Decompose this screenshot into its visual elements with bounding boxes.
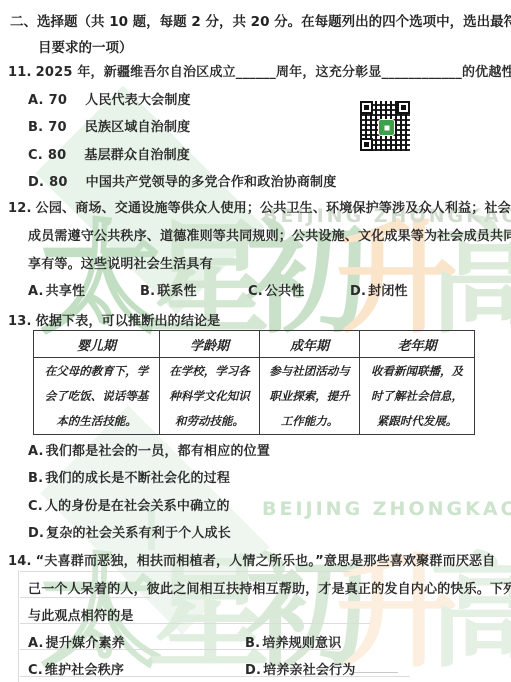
watermark-brand-char: 升 <box>336 552 458 674</box>
q11-option-c: C.80基层群众自治制度 <box>28 144 190 163</box>
table-body-cell: 在学校，学习各种科学文化知识和劳动技能。 <box>160 358 260 435</box>
watermark-beijing-zhongkao: BEIJING ZHONGKAO <box>262 498 511 520</box>
option-text: 维护社会秩序 <box>45 663 124 678</box>
option-text: 联系性 <box>157 284 197 299</box>
option-value: 80 <box>48 148 67 163</box>
question-number: 14. <box>8 554 32 569</box>
qr-finder-icon <box>360 101 373 114</box>
option-label: B. <box>245 636 260 651</box>
option-label: B. <box>140 284 155 299</box>
option-text: 我们都是社会的一员，都有相应的位置 <box>46 444 270 459</box>
option-label: D. <box>28 175 44 190</box>
table-body-row: 在父母的教育下，学会了吃饭、说话等基本的生活技能。 在学校，学习各种科学文化知识… <box>34 358 475 435</box>
watermark-brand-char: 星 <box>148 552 270 674</box>
option-text: 共享性 <box>46 284 86 299</box>
option-text: 培养亲社会行为 <box>263 663 355 678</box>
option-value: 70 <box>48 120 67 135</box>
q12-option-a: A.共享性 <box>28 280 85 299</box>
question-13-text: 13.依据下表，可以推断出的结论是 <box>8 310 220 329</box>
option-label: C. <box>28 663 43 678</box>
question-11-text: 11.2025 年，新疆维吾尔自治区成立______周年，这充分彰显______… <box>8 61 511 80</box>
table-body-cell: 在父母的教育下，学会了吃饭、说话等基本的生活技能。 <box>34 358 160 435</box>
option-value: 70 <box>49 93 68 108</box>
option-label: D. <box>245 663 261 678</box>
option-value: 80 <box>49 175 68 190</box>
option-text: 人的身份是在社会关系中确立的 <box>45 499 230 514</box>
q14-option-b: B.培养规则意识 <box>245 632 341 651</box>
question-number: 11. <box>8 65 32 80</box>
option-text: 中国共产党领导的多党合作和政治协商制度 <box>86 175 337 190</box>
option-text: 人民代表大会制度 <box>85 93 191 108</box>
option-text: 公共性 <box>265 284 305 299</box>
question-line: “夫喜群而恶独，相扶而相植者，人情之所乐也。”意思是那些喜欢聚群而厌恶自 <box>36 554 496 569</box>
option-text: 培养规则意识 <box>262 636 341 651</box>
question-number: 13. <box>8 314 32 329</box>
q11-option-a: A.70人民代表大会制度 <box>28 89 191 108</box>
option-label: C. <box>28 148 43 163</box>
option-label: A. <box>28 636 44 651</box>
table-header-cell: 婴儿期 <box>34 331 160 358</box>
option-label: D. <box>28 526 44 541</box>
option-label: B. <box>28 471 43 486</box>
question-12-line-3: 享有等。这些说明社会生活具有 <box>28 253 213 272</box>
q13-option-a: A.我们都是社会的一员，都有相应的位置 <box>28 440 270 459</box>
question-14-line-1: 14.“夫喜群而恶独，相扶而相植者，人情之所乐也。”意思是那些喜欢聚群而厌恶自 <box>8 550 495 569</box>
q12-option-b: B.联系性 <box>140 280 197 299</box>
qr-finder-icon <box>397 101 410 114</box>
option-label: C. <box>28 499 43 514</box>
option-label: B. <box>28 120 43 135</box>
q14-option-d: D.培养亲社会行为 <box>245 659 356 678</box>
question-line: 2025 年，新疆维吾尔自治区成立______周年，这充分彰显_________… <box>36 65 511 80</box>
option-label: C. <box>248 284 263 299</box>
option-label: A. <box>28 444 44 459</box>
option-label: A. <box>28 284 44 299</box>
question-14-line-2: 己一个人呆着的人，彼此之间相互扶持相互帮助，才是真正的发自内心的快乐。下列 <box>28 578 511 597</box>
option-text: 提升媒介素养 <box>46 636 125 651</box>
answer-blank-line <box>352 672 398 673</box>
exam-paper-page: 太 星 初 升 高 BEIJING ZHONGKAO BEIJING ZHONG… <box>0 0 511 682</box>
watermark-brand-char: 初 <box>246 552 368 674</box>
section-header-line2: 目要求的一项） <box>38 36 133 56</box>
option-text: 复杂的社会关系有利于个人成长 <box>46 526 231 541</box>
question-number: 12. <box>8 201 32 216</box>
section-header-line1: 二、选择题（共 10 题，每题 2 分，共 20 分。在每题列出的四个选项中，选… <box>10 10 511 30</box>
question-14-line-3: 与此观点相符的是 <box>28 605 134 624</box>
option-text: 基层群众自治制度 <box>84 148 190 163</box>
option-text: 民族区域自治制度 <box>85 120 191 135</box>
socialization-stages-table: 婴儿期 学龄期 成年期 老年期 在父母的教育下，学会了吃饭、说话等基本的生活技能… <box>33 330 475 435</box>
option-label: D. <box>350 284 366 299</box>
table-header-cell: 老年期 <box>360 331 475 358</box>
question-line: 公园、商场、交通设施等供众人使用；公共卫生、环境保护等涉及众人利益；社会 <box>36 201 511 216</box>
q14-option-c: C.维护社会秩序 <box>28 659 124 678</box>
q13-option-b: B.我们的成长是不断社会化的过程 <box>28 467 230 486</box>
scan-artifact-line <box>20 597 150 598</box>
question-12-line-2: 成员需遵守公共秩序、道德准则等共同规则；公共设施、文化成果等为社会成员共同 <box>28 225 511 244</box>
q13-option-c: C.人的身份是在社会关系中确立的 <box>28 495 230 514</box>
option-label: A. <box>28 93 44 108</box>
table-header-row: 婴儿期 学龄期 成年期 老年期 <box>34 331 475 358</box>
q13-option-d: D.复杂的社会关系有利于个人成长 <box>28 522 231 541</box>
table-body-cell: 收看新闻联播，及时了解社会信息，紧跟时代发展。 <box>360 358 475 435</box>
watermark-brand-char: 高 <box>428 552 511 674</box>
qr-center-logo-icon <box>378 119 395 136</box>
scan-artifact-line <box>18 570 19 682</box>
q14-option-a: A.提升媒介素养 <box>28 632 125 651</box>
question-line: 依据下表，可以推断出的结论是 <box>36 314 221 329</box>
scan-artifact-line <box>20 571 350 572</box>
table-header-cell: 成年期 <box>260 331 360 358</box>
table-body-cell: 参与社团活动与职业探索，提升工作能力。 <box>260 358 360 435</box>
table-header-cell: 学龄期 <box>160 331 260 358</box>
qr-finder-icon <box>360 138 373 151</box>
q11-option-d: D.80中国共产党领导的多党合作和政治协商制度 <box>28 171 336 190</box>
option-text: 我们的成长是不断社会化的过程 <box>45 471 230 486</box>
q11-option-b: B.70民族区域自治制度 <box>28 116 190 135</box>
qr-code <box>358 100 412 152</box>
question-12-line-1: 12.公园、商场、交通设施等供众人使用；公共卫生、环境保护等涉及众人利益；社会 <box>8 197 511 216</box>
q12-option-d: D.封闭性 <box>350 280 408 299</box>
option-text: 封闭性 <box>368 284 408 299</box>
q12-option-c: C.公共性 <box>248 280 305 299</box>
